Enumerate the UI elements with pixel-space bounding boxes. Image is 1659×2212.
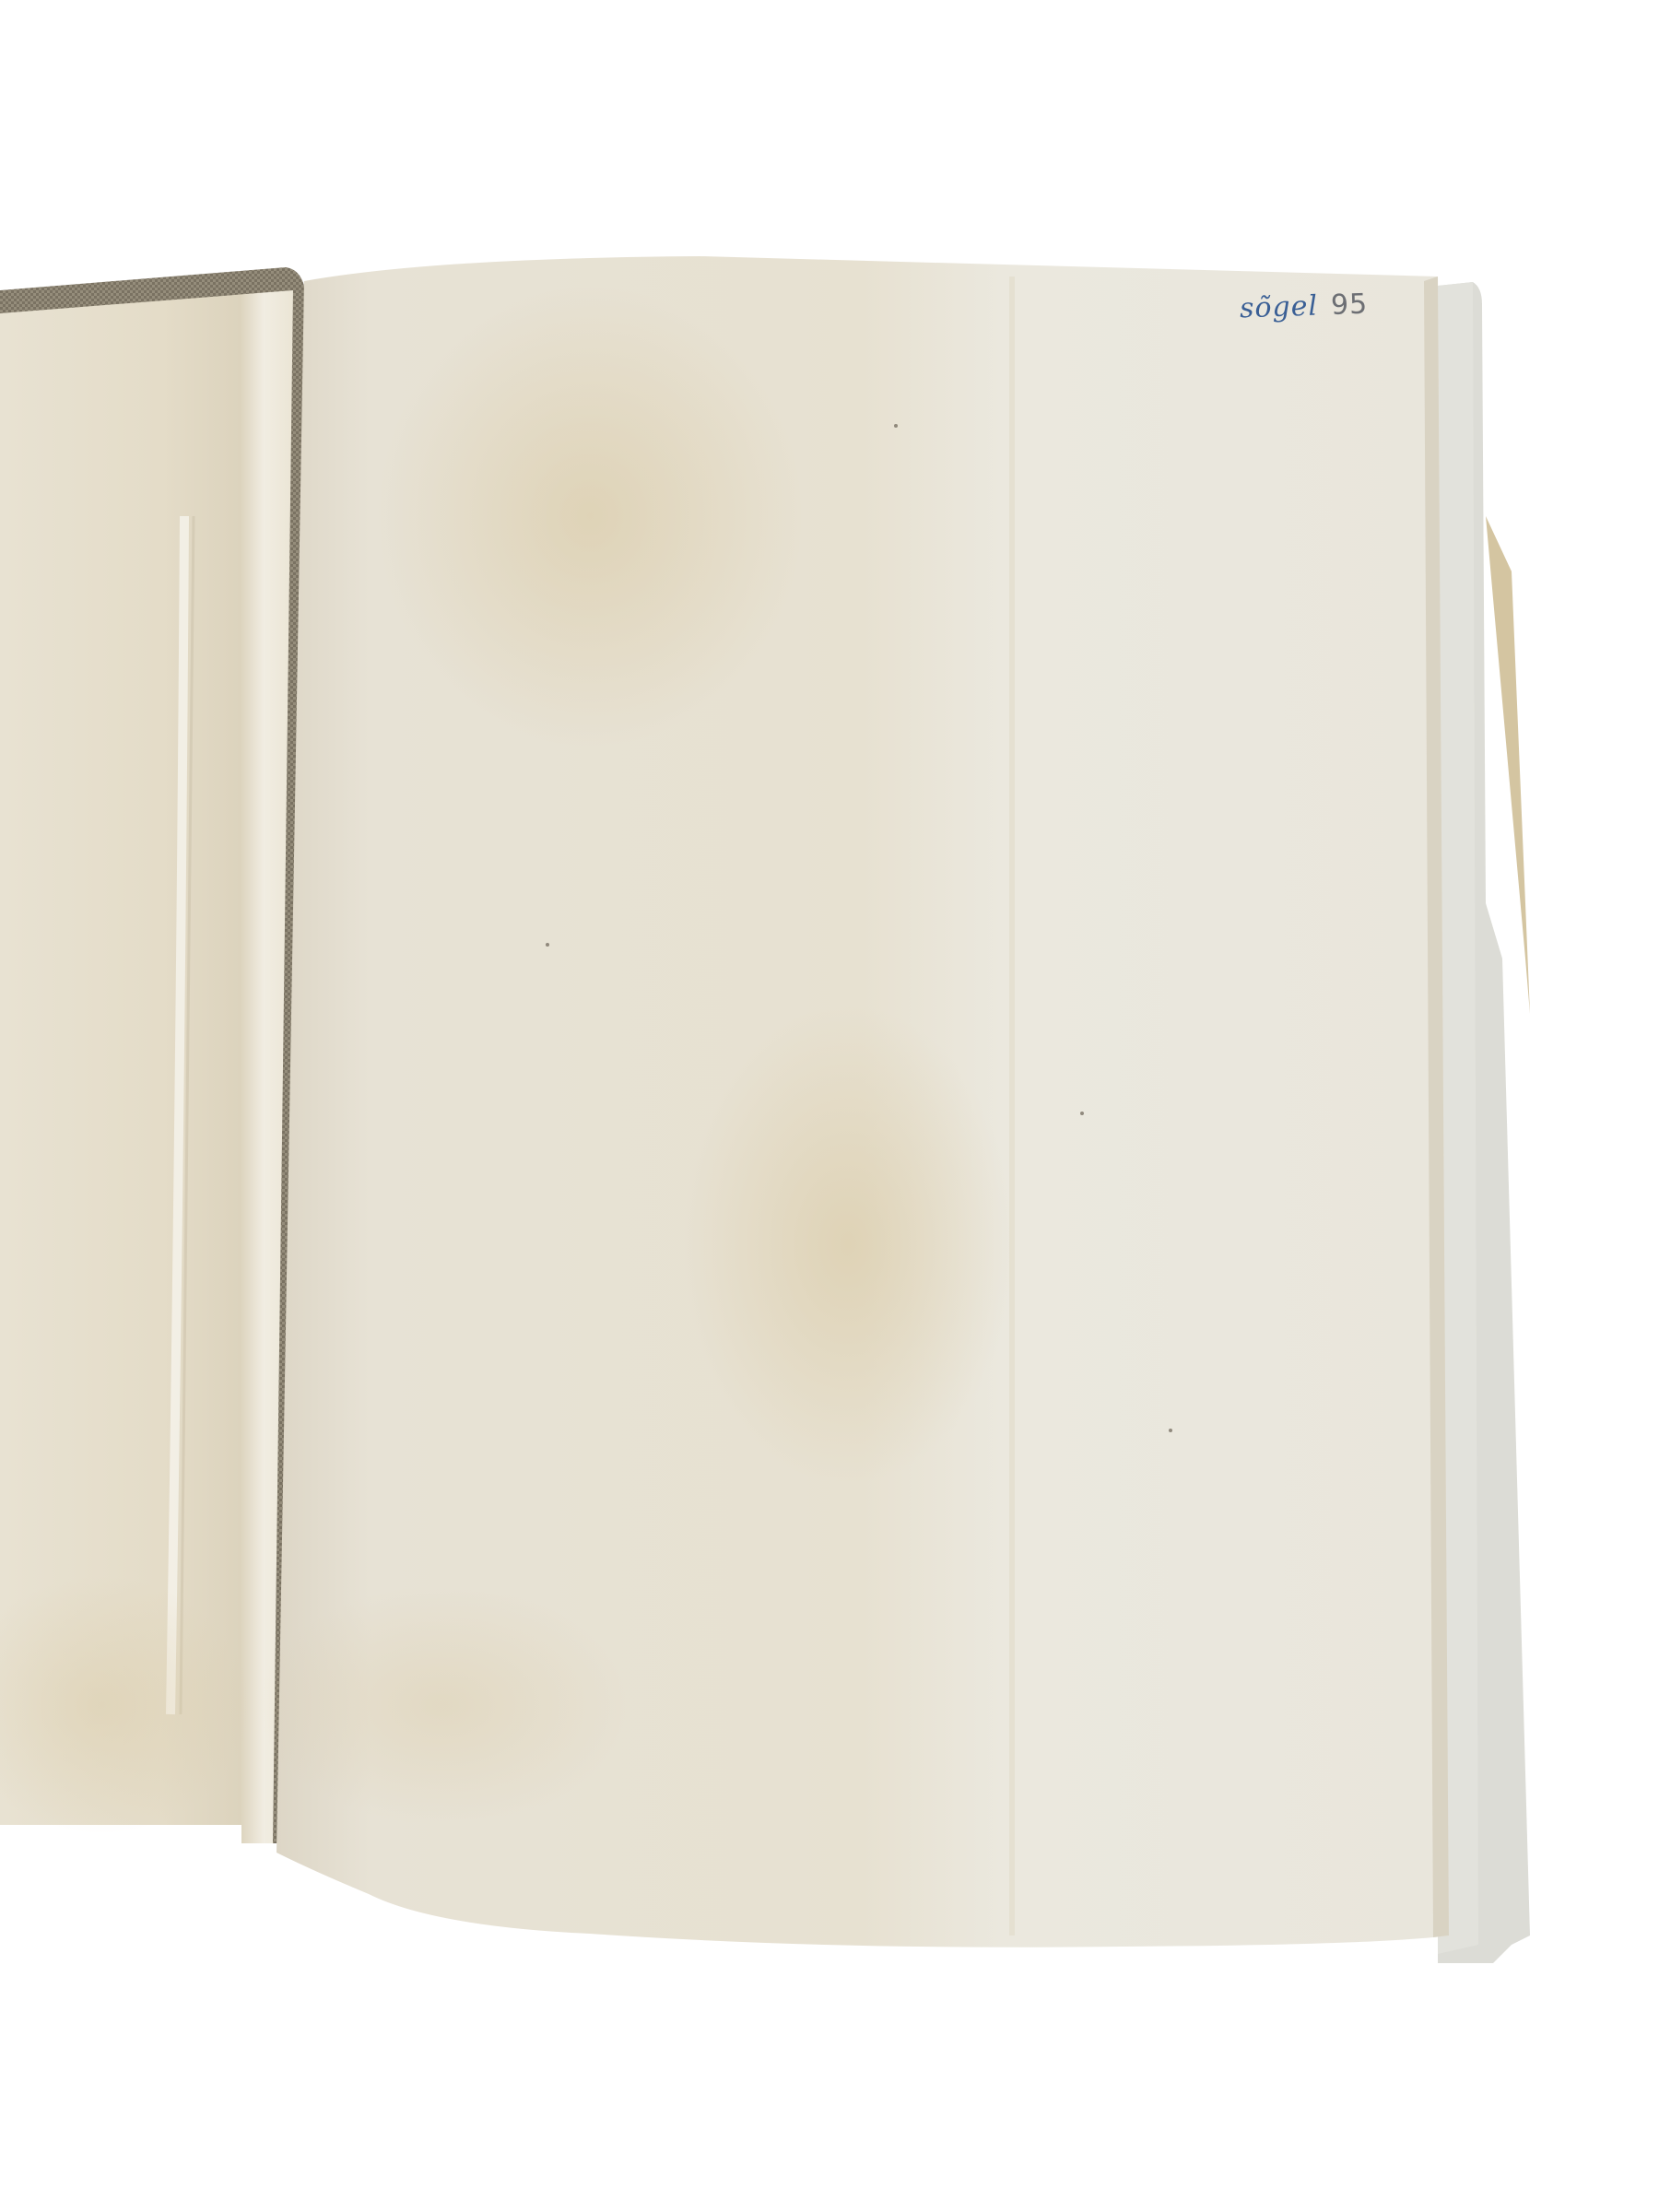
handwritten-annotation: sõgel95 (1239, 288, 1368, 325)
open-book (0, 0, 1659, 2212)
open-book-photo: sõgel95 (0, 0, 1659, 2212)
paper-speck (1169, 1429, 1172, 1432)
paper-speck (894, 424, 898, 428)
annotation-number: 95 (1330, 288, 1368, 322)
paper-speck (1080, 1112, 1084, 1115)
annotation-word: sõgel (1239, 289, 1318, 324)
paper-speck (546, 943, 549, 947)
